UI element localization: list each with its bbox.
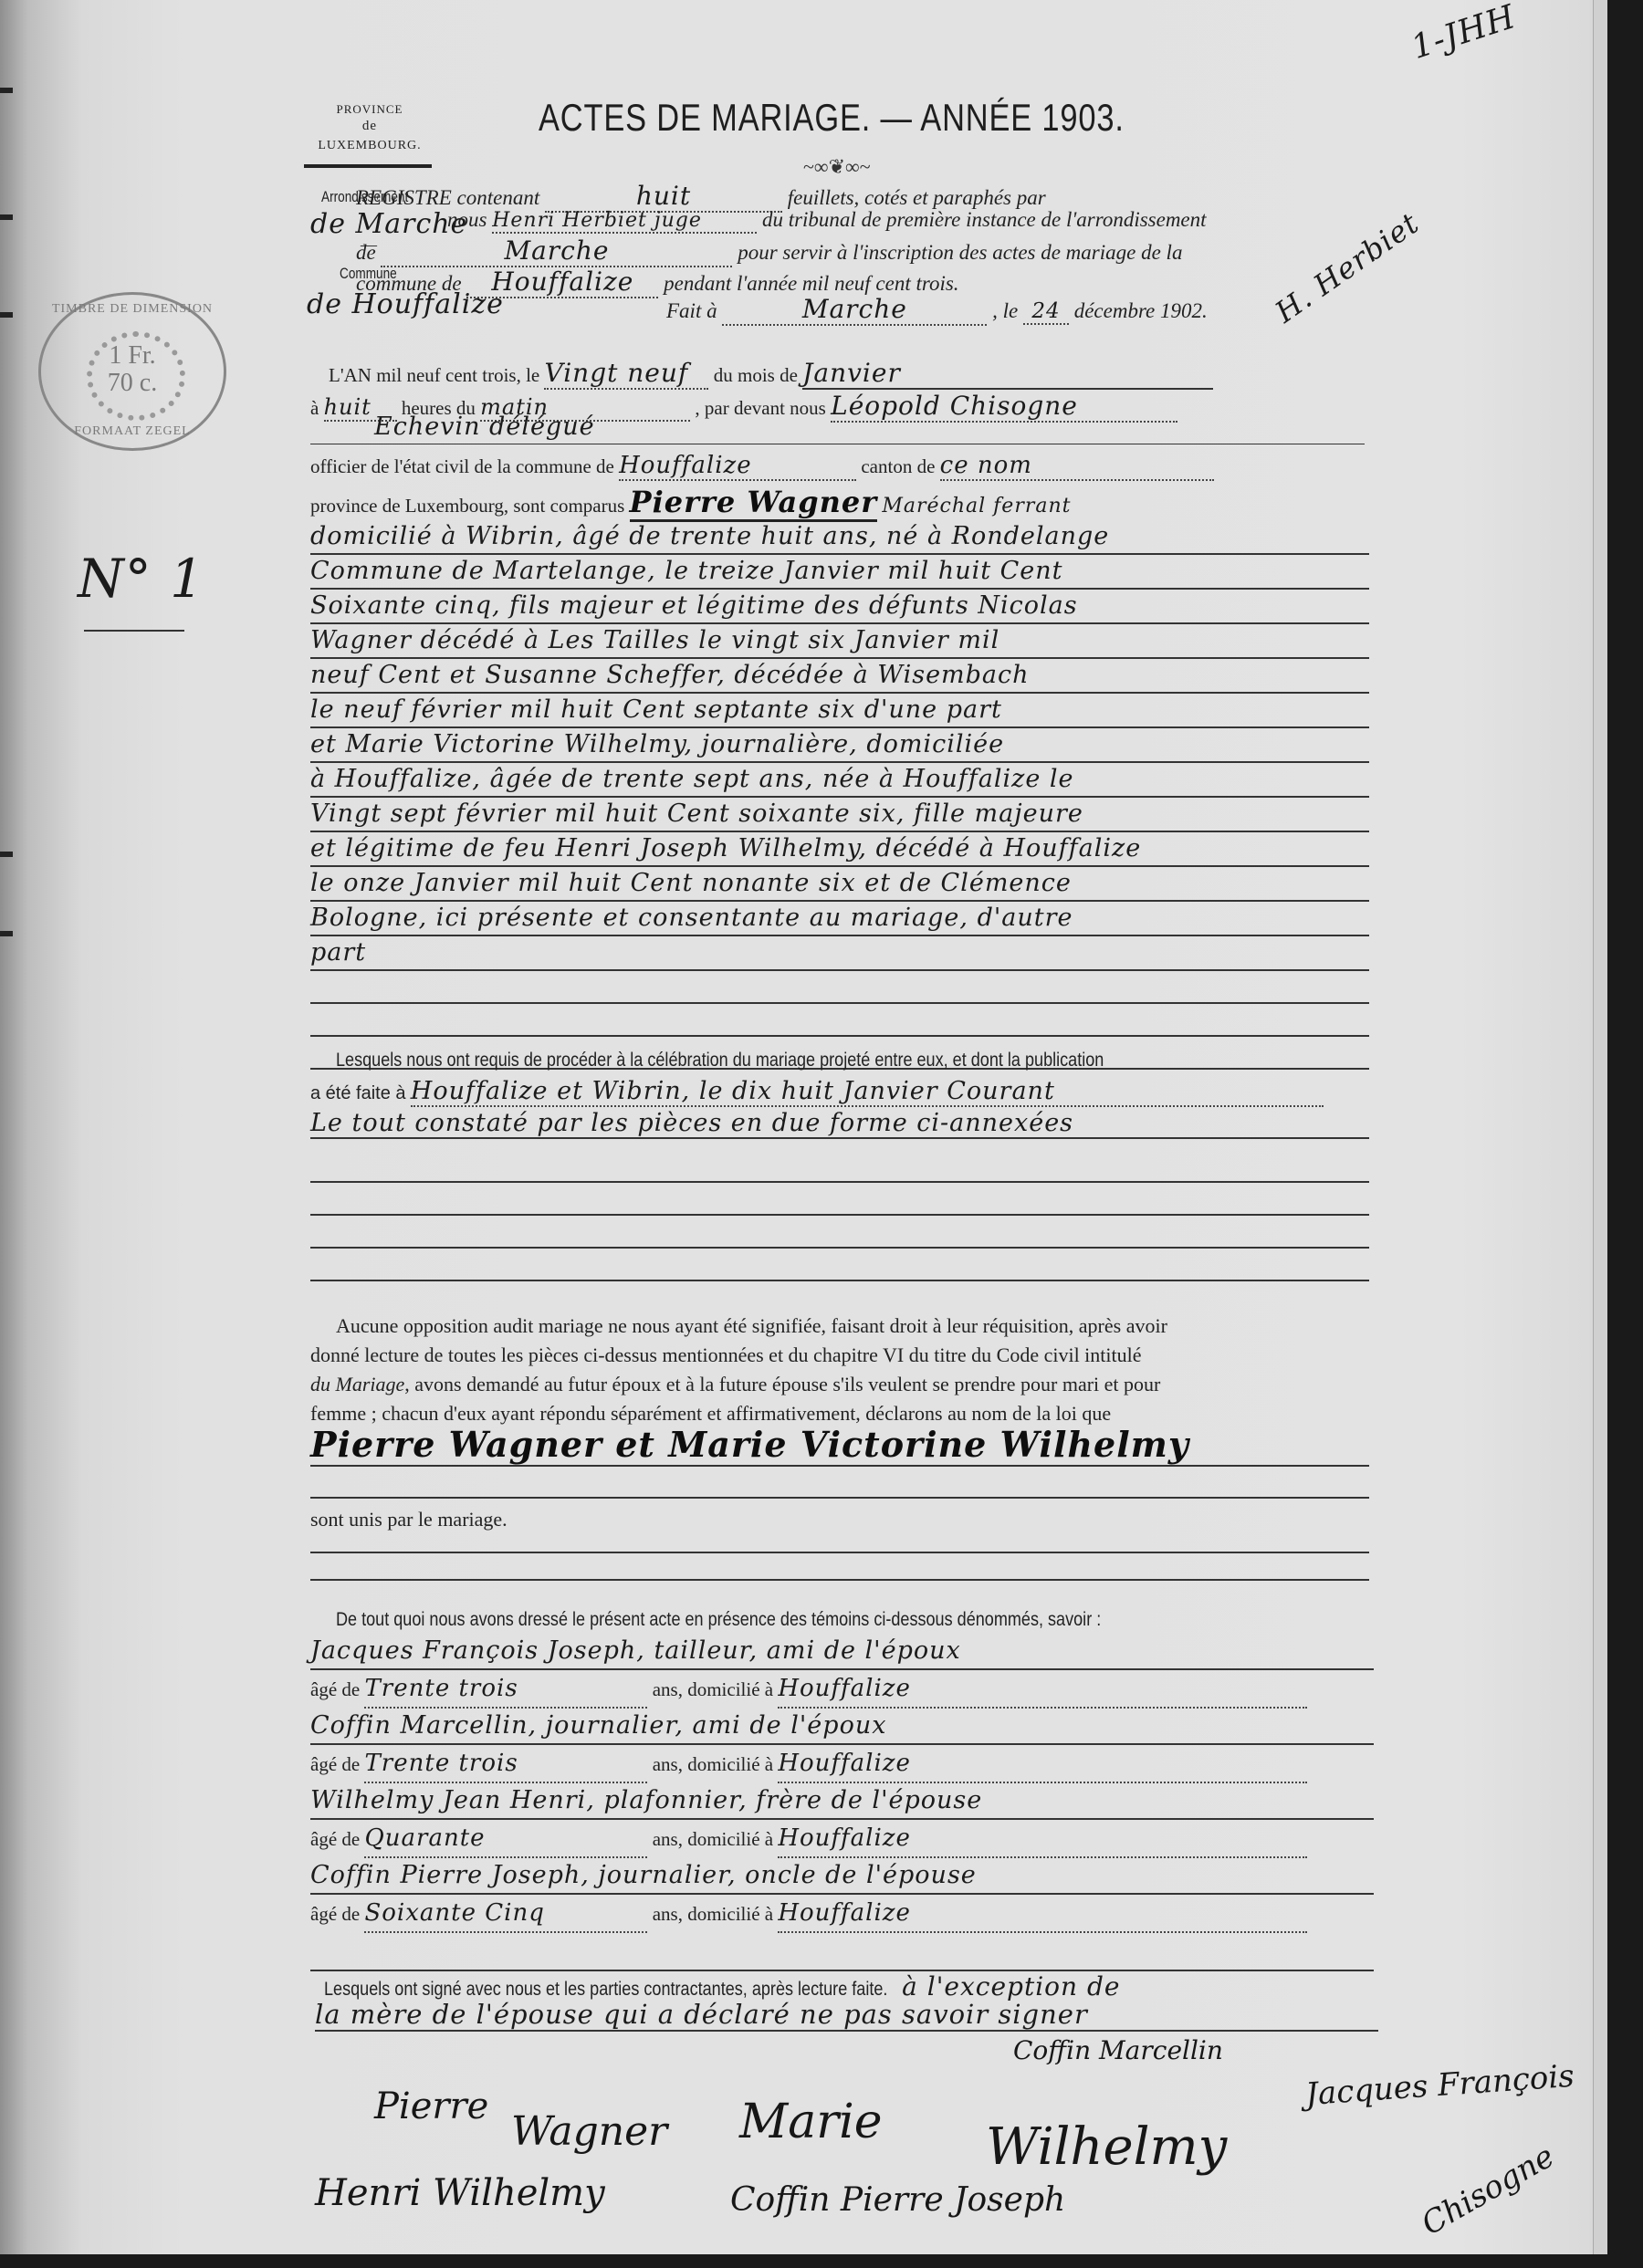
publication-note: Le tout constaté par les pièces en due f… bbox=[310, 1109, 1369, 1139]
register-page: 1-JHH PROVINCE de LUXEMBOURG. Arrondisse… bbox=[0, 0, 1606, 2254]
province-de: de bbox=[301, 119, 438, 134]
act-number: N° 1 bbox=[78, 548, 204, 610]
closing-exception: la mère de l'épouse qui a déclaré ne pas… bbox=[315, 1999, 1378, 2032]
binding-stitch bbox=[0, 931, 13, 936]
signature-witness-wilhelmy: Henri Wilhelmy bbox=[315, 2172, 605, 2214]
stamp-value: 1 Fr. 70 c. bbox=[41, 342, 224, 397]
register-line-3: de Marche pour servir à l'inscription de… bbox=[356, 235, 1182, 267]
page-edge bbox=[1593, 0, 1607, 2254]
corner-annotation: 1-JHH bbox=[1408, 0, 1521, 67]
witness-entry: Coffin Pierre Joseph, journalier, oncle … bbox=[310, 1858, 1374, 1933]
declaration-line-5: sont unis par le mariage. bbox=[310, 1508, 508, 1531]
witness-entry: Coffin Marcellin, journalier, ami de l'é… bbox=[310, 1709, 1374, 1783]
signature-witness-jacques: Jacques François bbox=[1304, 2058, 1575, 2113]
blank-lines bbox=[310, 1150, 1369, 1281]
closing-line: Lesquels ont signé avec nous et les part… bbox=[324, 1971, 1120, 2001]
declaration-line-2: donné lecture de toutes les pièces ci-de… bbox=[310, 1343, 1142, 1367]
witness-entry: Jacques François Joseph, tailleur, ami d… bbox=[310, 1634, 1374, 1709]
act-line-1: L'AN mil neuf cent trois, le Vingt neuf … bbox=[329, 358, 1213, 390]
stamp-bottom-text: FORMAAT ZEGEL bbox=[41, 424, 224, 439]
signature-witness-coffin-pierre: Coffin Pierre Joseph bbox=[730, 2181, 1065, 2219]
province-label: PROVINCE bbox=[301, 102, 438, 117]
signature-groom-last: Wagner bbox=[511, 2108, 667, 2155]
act-number-underline bbox=[84, 630, 184, 632]
officer-role: Echevin délégué bbox=[374, 413, 595, 441]
publication-text: Lesquels nous ont requis de procéder à l… bbox=[336, 1050, 1104, 1071]
divider bbox=[304, 164, 432, 168]
province-name: LUXEMBOURG. bbox=[301, 139, 438, 153]
register-line-2: nous Henri Herbiet juge du tribunal de p… bbox=[447, 208, 1207, 234]
register-line-5: Fait à Marche , le 24 décembre 1902. bbox=[666, 294, 1208, 326]
declaration-line-4: femme ; chacun d'eux ayant répondu sépar… bbox=[310, 1402, 1111, 1426]
act-line-4: officier de l'état civil de la commune d… bbox=[310, 452, 1214, 481]
act-line-5: province de Luxembourg, sont comparus Pi… bbox=[310, 485, 1071, 522]
witness-entry: Wilhelmy Jean Henri, plafonnier, frère d… bbox=[310, 1783, 1374, 1858]
signature-groom-first: Pierre bbox=[374, 2085, 488, 2127]
declaration-line-3: du Mariage, avons demandé au futur époux… bbox=[310, 1373, 1160, 1396]
binding-stitch bbox=[0, 852, 13, 857]
publication-place-line: a été faite à Houffalize et Wibrin, le d… bbox=[310, 1077, 1324, 1107]
binding-stitch bbox=[0, 312, 13, 318]
declaration-line-1: Aucune opposition audit mariage ne nous … bbox=[336, 1314, 1167, 1338]
binding-stitch bbox=[0, 214, 13, 220]
signature-witness-coffin-marcellin: Coffin Marcellin bbox=[1013, 2035, 1223, 2065]
act-handwritten-body: domicilié à Wibrin, âgé de trente huit a… bbox=[310, 520, 1369, 1070]
witness-list: Jacques François Joseph, tailleur, ami d… bbox=[310, 1634, 1374, 1971]
binding-stitch bbox=[0, 88, 13, 93]
tax-stamp: TIMBRE DE DIMENSION 1 Fr. 70 c. FORMAAT … bbox=[38, 292, 226, 451]
judge-signature: H. Herbiet bbox=[1269, 205, 1426, 329]
signature-bride-last: Wilhelmy bbox=[986, 2117, 1227, 2177]
witnesses-intro: De tout quoi nous avons dressé le présen… bbox=[336, 1609, 1101, 1631]
ornament-icon: ~∞❦∞~ bbox=[803, 155, 871, 179]
couple-names: Pierre Wagner et Marie Victorine Wilhelm… bbox=[310, 1424, 1369, 1467]
page-title: ACTES DE MARIAGE. — ANNÉE 1903. bbox=[539, 96, 1125, 140]
stamp-top-text: TIMBRE DE DIMENSION bbox=[41, 302, 224, 317]
signature-officer: Chisogne bbox=[1416, 2138, 1561, 2243]
signature-bride-first: Marie bbox=[739, 2095, 883, 2149]
